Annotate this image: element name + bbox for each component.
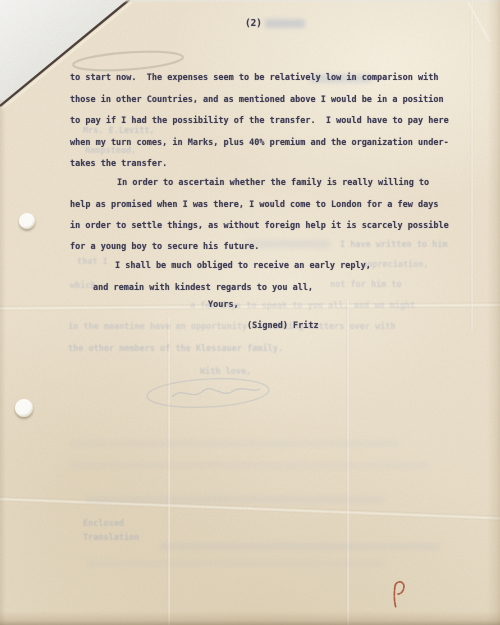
letter-line: to pay if I had the possibility of the t… [70,116,449,127]
page-number: (2) [245,18,262,29]
letter-line: in order to settle things, as without fo… [70,221,449,232]
letter-line: and remain with kindest regards to you a… [93,283,313,294]
punch-hole-bottom [15,399,33,417]
letter-line: In order to ascertain whether the family… [117,178,429,189]
letter-line: help as promised when I was there, I wou… [70,200,438,211]
letter-line: those in other Countries, and as mention… [70,95,444,106]
letter-line: for a young boy to secure his future. [70,242,259,253]
letter-line: when my turn comes, in Marks, plus 40% p… [70,138,449,149]
letter-line: takes the transfer. [70,159,167,170]
scanned-letter-page: Mrs. E.Levitt,Hampstead,I have written t… [0,0,500,625]
punch-hole-top [19,213,35,229]
letter-line: (Signed) Fritz [247,321,319,332]
letter-body: to start now. The expenses seem to be re… [0,0,500,625]
letter-line: I shall be much obliged to receive an ea… [115,261,371,272]
letter-line: to start now. The expenses seem to be re… [70,73,438,84]
letter-line: Yours, [208,300,239,311]
